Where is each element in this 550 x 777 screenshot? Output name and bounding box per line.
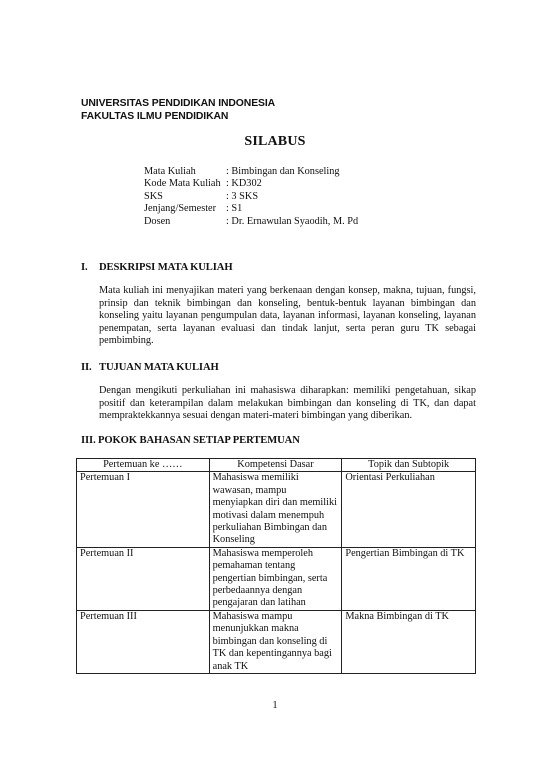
table-header-row: Pertemuan ke …… Kompetensi Dasar Topik d… xyxy=(77,459,476,472)
meetings-table: Pertemuan ke …… Kompetensi Dasar Topik d… xyxy=(76,458,476,674)
page-number: 1 xyxy=(0,700,550,711)
table-row: Pertemuan II Mahasiswa memperoleh pemaha… xyxy=(77,547,476,610)
course-info-value: : S1 xyxy=(226,203,242,215)
section-heading-topics: III. POKOK BAHASAN SETIAP PERTEMUAN xyxy=(81,435,300,446)
table-row: Pertemuan I Mahasiswa memiliki wawasan, … xyxy=(77,472,476,547)
table-row: Pertemuan III Mahasiswa mampu menunjukka… xyxy=(77,610,476,673)
course-info-label: Dosen xyxy=(144,216,226,228)
cell-meeting: Pertemuan I xyxy=(77,472,210,547)
cell-meeting: Pertemuan II xyxy=(77,547,210,610)
course-info-value: : KD302 xyxy=(226,178,262,190)
course-info-value: : 3 SKS xyxy=(226,191,258,203)
section-title: POKOK BAHASAN SETIAP PERTEMUAN xyxy=(98,435,300,446)
course-info-row: Mata Kuliah : Bimbingan dan Konseling xyxy=(144,166,358,178)
university-name: UNIVERSITAS PENDIDIKAN INDONESIA xyxy=(81,98,275,111)
course-info-row: Jenjang/Semester : S1 xyxy=(144,203,358,215)
cell-topic: Pengertian Bimbingan di TK xyxy=(342,547,476,610)
column-header-competency: Kompetensi Dasar xyxy=(209,459,342,472)
section-heading-objectives: II. TUJUAN MATA KULIAH xyxy=(81,362,219,373)
institution-header: UNIVERSITAS PENDIDIKAN INDONESIA FAKULTA… xyxy=(81,98,275,123)
course-info-row: SKS : 3 SKS xyxy=(144,191,358,203)
course-info-row: Kode Mata Kuliah : KD302 xyxy=(144,178,358,190)
cell-competency: Mahasiswa mampu menunjukkan makna bimbin… xyxy=(209,610,342,673)
course-info-value: : Bimbingan dan Konseling xyxy=(226,166,340,178)
cell-meeting: Pertemuan III xyxy=(77,610,210,673)
course-info-label: Kode Mata Kuliah xyxy=(144,178,226,190)
column-header-meeting: Pertemuan ke …… xyxy=(77,459,210,472)
section-title: DESKRIPSI MATA KULIAH xyxy=(99,262,232,273)
cell-competency: Mahasiswa memperoleh pemahaman tentang p… xyxy=(209,547,342,610)
section-heading-description: I. DESKRIPSI MATA KULIAH xyxy=(81,262,232,273)
section-title: TUJUAN MATA KULIAH xyxy=(99,362,219,373)
course-info-value: : Dr. Ernawulan Syaodih, M. Pd xyxy=(226,216,358,228)
course-info-label: Mata Kuliah xyxy=(144,166,226,178)
cell-topic: Makna Bimbingan di TK xyxy=(342,610,476,673)
section-number: I. xyxy=(81,262,99,273)
document-title: SILABUS xyxy=(0,134,550,150)
section-number: II. xyxy=(81,362,99,373)
course-info-label: Jenjang/Semester xyxy=(144,203,226,215)
section-description-text: Mata kuliah ini menyajikan materi yang b… xyxy=(99,285,476,348)
cell-competency: Mahasiswa memiliki wawasan, mampu menyia… xyxy=(209,472,342,547)
column-header-topic: Topik dan Subtopik xyxy=(342,459,476,472)
faculty-name: FAKULTAS ILMU PENDIDIKAN xyxy=(81,111,275,124)
cell-topic: Orientasi Perkuliahan xyxy=(342,472,476,547)
document-page: UNIVERSITAS PENDIDIKAN INDONESIA FAKULTA… xyxy=(0,0,550,777)
section-objectives-text: Dengan mengikuti perkuliahan ini mahasis… xyxy=(99,385,476,423)
section-number: III. xyxy=(81,435,98,446)
course-info: Mata Kuliah : Bimbingan dan Konseling Ko… xyxy=(144,166,358,228)
course-info-label: SKS xyxy=(144,191,226,203)
course-info-row: Dosen : Dr. Ernawulan Syaodih, M. Pd xyxy=(144,216,358,228)
